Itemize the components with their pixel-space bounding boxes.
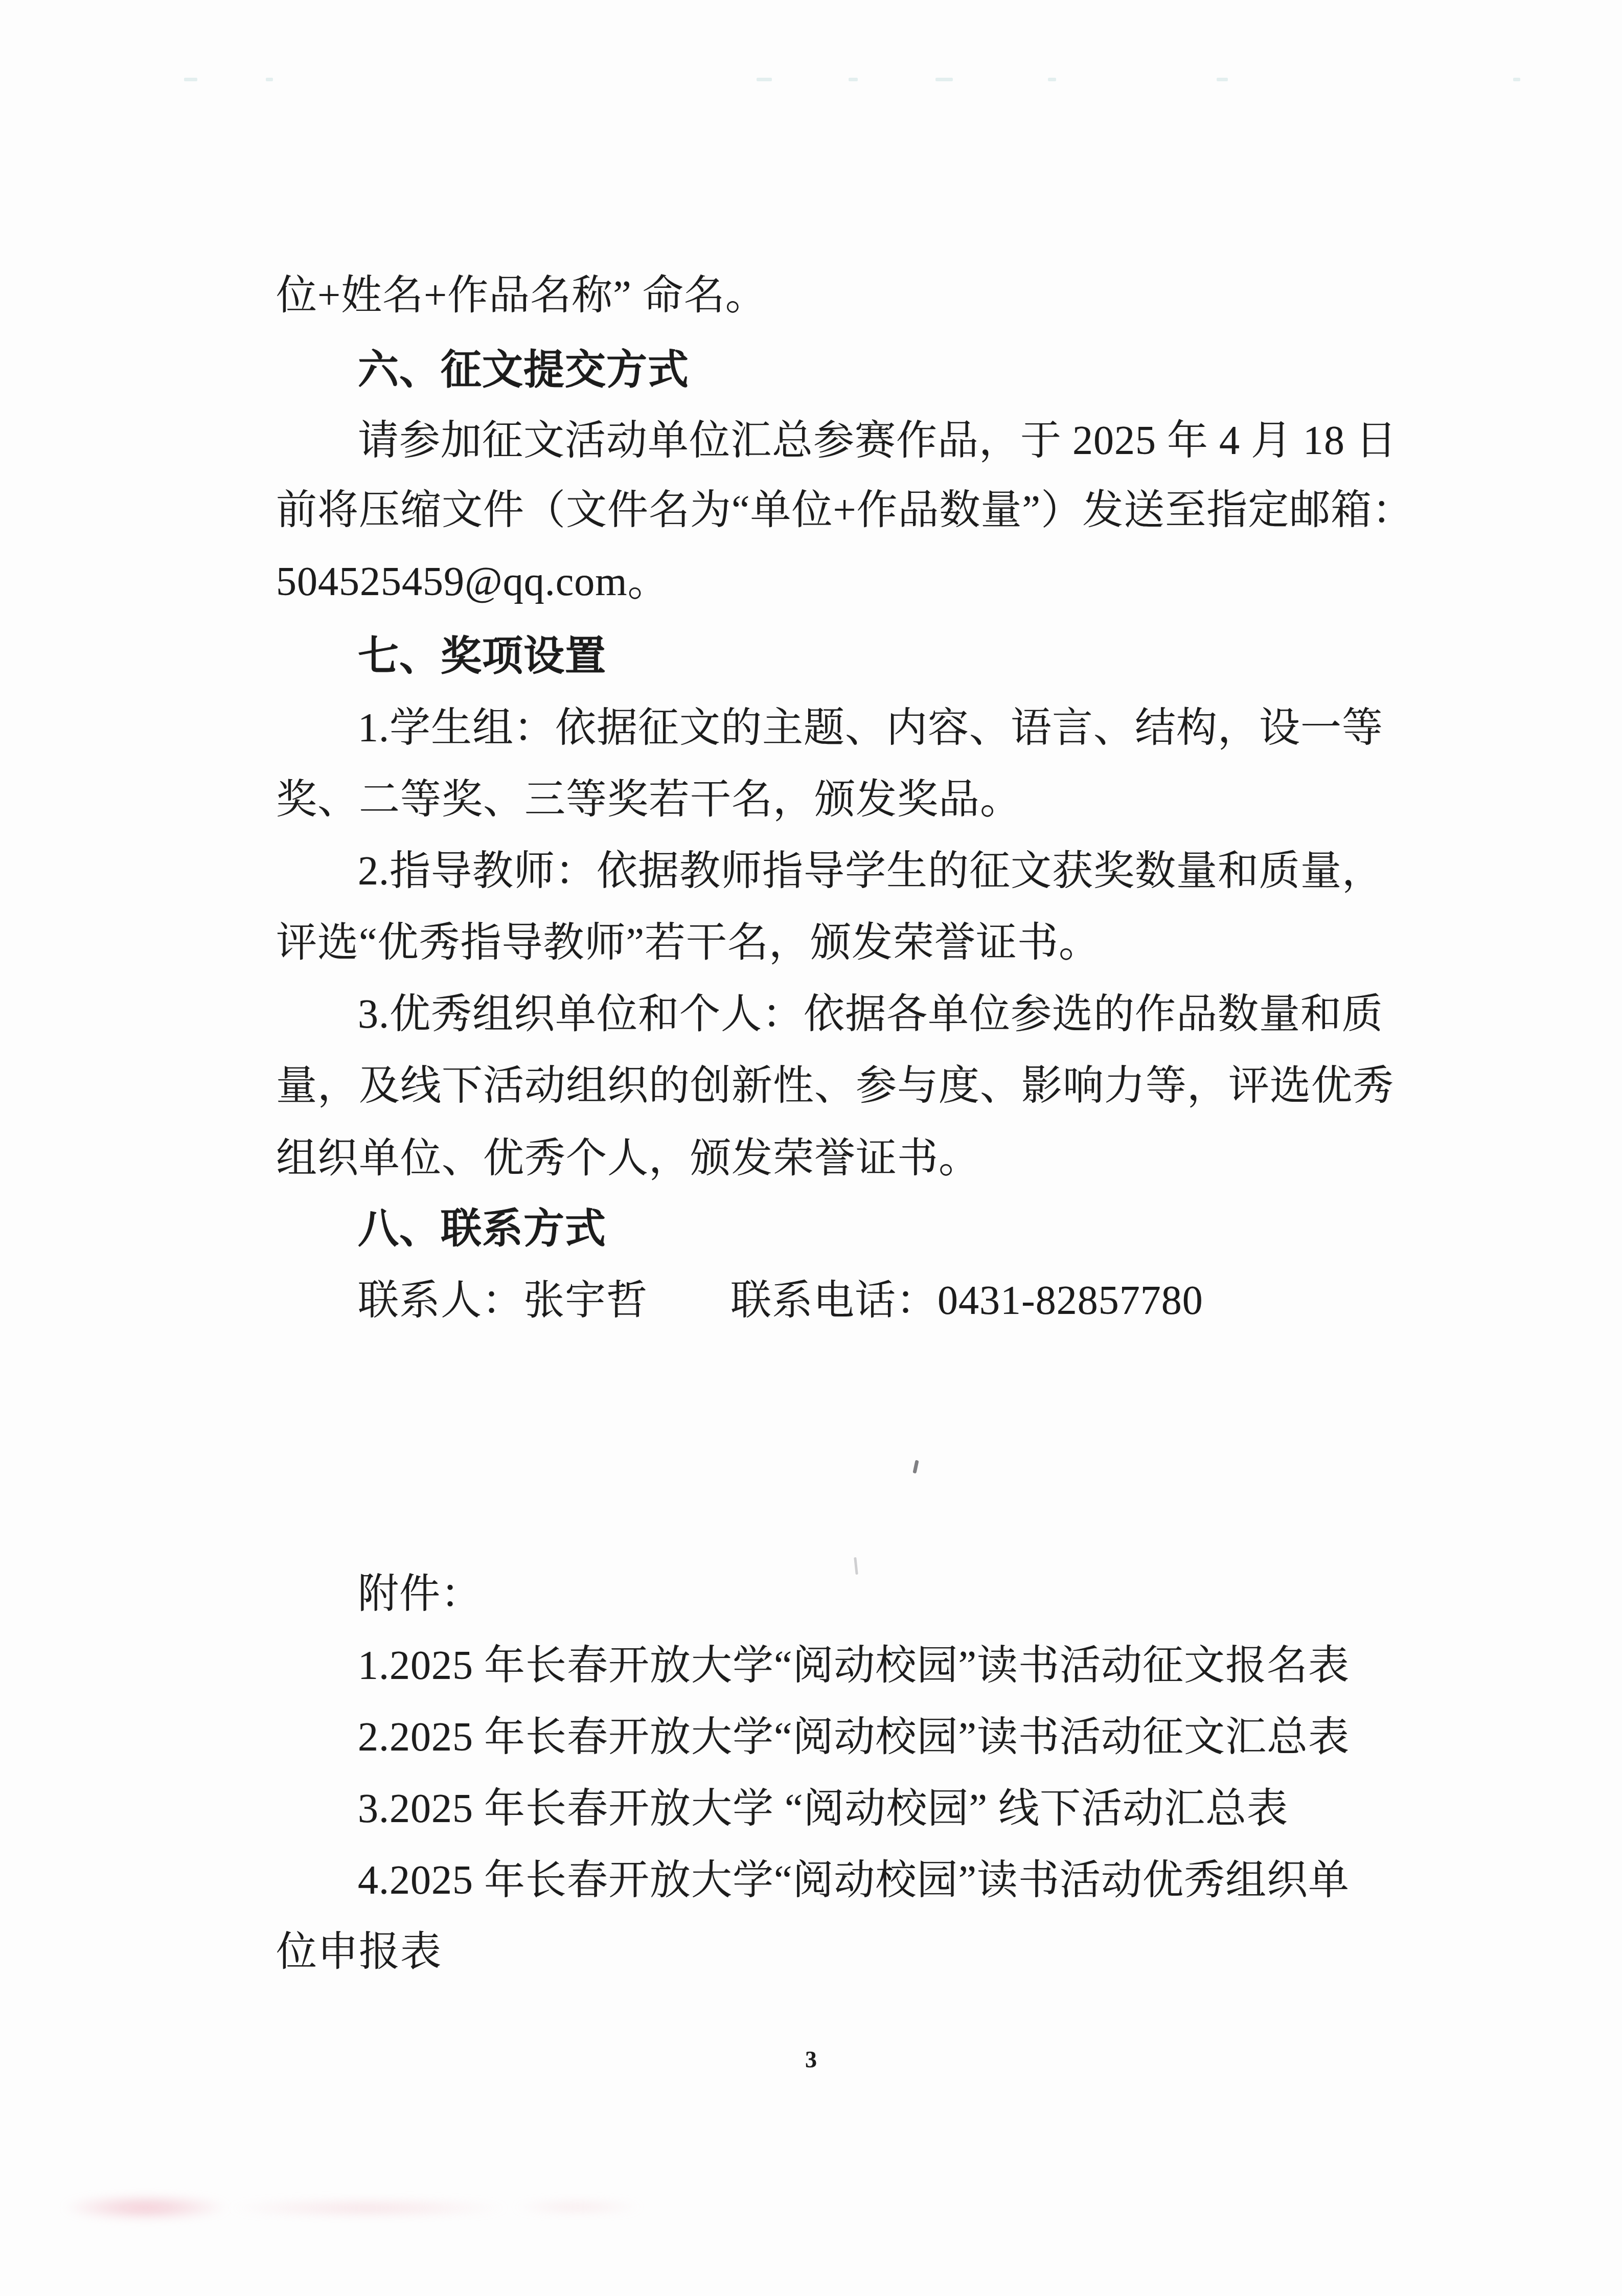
scan-artifact-speck — [1217, 78, 1228, 81]
text-line: 位申报表 — [276, 1928, 442, 1975]
text-line: 六、征文提交方式 — [358, 347, 689, 394]
text-line: 位+姓名+作品名称” 命名。 — [276, 272, 767, 319]
text-line: 504525459@qq.com。 — [276, 558, 669, 605]
scan-artifact-pink-smudge — [511, 2199, 644, 2215]
text-line: 2.2025 年长春开放大学“阅动校园”读书活动征文汇总表 — [358, 1714, 1350, 1761]
scan-artifact-speck — [184, 78, 197, 81]
text-line: 前将压缩文件（文件名为“单位+作品数量”）发送至指定邮箱： — [276, 487, 1413, 534]
text-line: 2.指导教师：依据教师指导学生的征文获奖数量和质量， — [358, 848, 1383, 895]
scan-artifact-speck — [849, 78, 858, 81]
text-line: 3.优秀组织单位和个人：依据各单位参选的作品数量和质 — [358, 991, 1383, 1038]
text-line: 1.2025 年长春开放大学“阅动校园”读书活动征文报名表 — [358, 1642, 1350, 1689]
scan-artifact-speck — [1513, 78, 1520, 81]
scan-artifact-speck — [757, 78, 772, 81]
scan-artifact-speck — [935, 78, 953, 81]
scan-artifact-ink-speck — [912, 1460, 919, 1474]
page-number: 3 — [0, 2046, 1622, 2073]
text-line: 组织单位、优秀个人，颁发荣誉证书。 — [276, 1135, 980, 1182]
text-line: 3.2025 年长春开放大学 “阅动校园” 线下活动汇总表 — [358, 1785, 1288, 1832]
scan-artifact-ink-speck — [854, 1557, 858, 1575]
text-line: 八、联系方式 — [358, 1206, 606, 1253]
scanned-document-page: 位+姓名+作品名称” 命名。六、征文提交方式请参加征文活动单位汇总参赛作品，于 … — [0, 0, 1622, 2296]
text-line: 量，及线下活动组织的创新性、参与度、影响力等，评选优秀 — [276, 1062, 1394, 1109]
text-line: 评选“优秀指导教师”若干名，颁发荣誉证书。 — [276, 919, 1100, 966]
scan-artifact-pink-smudge — [225, 2198, 511, 2218]
text-line: 奖、二等奖、三等奖若干名，颁发奖品。 — [276, 776, 1021, 823]
scan-artifact-speck — [266, 78, 273, 81]
text-line: 联系人：张宇哲 联系电话：0431-82857780 — [358, 1277, 1203, 1324]
text-line: 请参加征文活动单位汇总参赛作品，于 2025 年 4 月 18 日 — [358, 417, 1397, 464]
scan-artifact-pink-smudge — [61, 2194, 230, 2221]
text-line: 七、奖项设置 — [358, 633, 606, 680]
text-line: 1.学生组：依据征文的主题、内容、语言、结构，设一等 — [358, 704, 1383, 752]
text-line: 4.2025 年长春开放大学“阅动校园”读书活动优秀组织单 — [358, 1857, 1350, 1904]
text-line: 附件： — [358, 1571, 482, 1618]
scan-artifact-speck — [1048, 78, 1056, 81]
